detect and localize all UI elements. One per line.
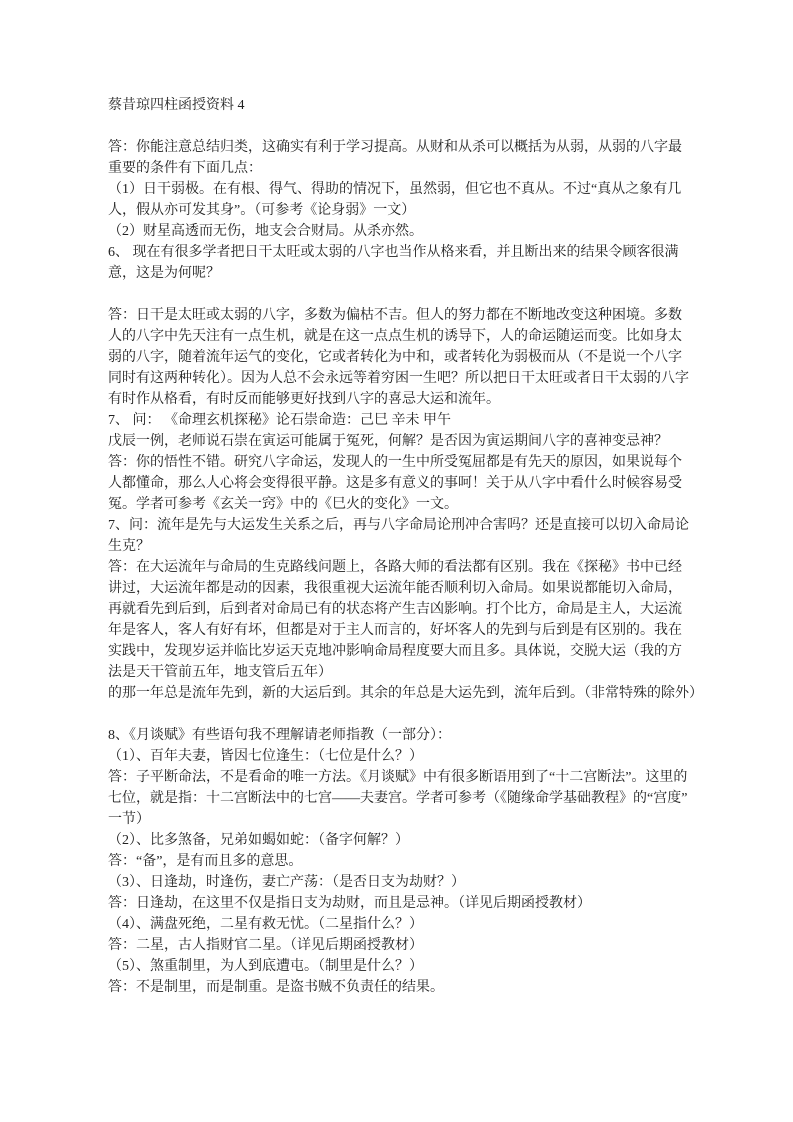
text-line: 实践中，发现岁运并临比岁运天克地冲影响命局程度要大而且多。具体说，交脱大运（我的…	[108, 641, 693, 662]
text-line	[108, 284, 693, 305]
text-line: 法是天干管前五年，地支管后五年）	[108, 662, 693, 683]
text-line: 答：在大运流年与命局的生克路线问题上，各路大师的看法都有区别。我在《探秘》书中已…	[108, 557, 693, 578]
text-line: 7、问：流年是先与大运发生关系之后，再与八字命局论刑冲合害吗？还是直接可以切入命…	[108, 515, 693, 536]
document-page: 蔡昔琼四柱函授资料 4 答：你能注意总结归类，这确实有利于学习提高。从财和从杀可…	[0, 0, 793, 1122]
text-line: 重要的条件有下面几点：	[108, 158, 693, 179]
text-line: 答：你能注意总结归类，这确实有利于学习提高。从财和从杀可以概括为从弱，从弱的八字…	[108, 137, 693, 158]
text-line: 人，假从亦可发其身”。（可参考《论身弱》一文）	[108, 200, 693, 221]
document-title: 蔡昔琼四柱函授资料 4	[108, 95, 693, 116]
text-line: 讲过，大运流年都是动的因素，我很重视大运流年能否顺利切入命局。如果说都能切入命局…	[108, 578, 693, 599]
text-line: 再就看先到后到，后到者对命局已有的状态将产生吉凶影响。打个比方，命局是主人，大运…	[108, 599, 693, 620]
text-line: （4）、满盘死绝，二星有救无忧。（二星指什么？）	[108, 914, 693, 935]
text-line: 答：你的悟性不错。研究八字命运，发现人的一生中所受冤屈都是有先天的原因，如果说每…	[108, 452, 693, 473]
text-line: （1）、百年夫妻，皆因七位逢生：（七位是什么？）	[108, 746, 693, 767]
text-line: （1）日干弱极。在有根、得气、得助的情况下，虽然弱，但它也不真从。不过“真从之象…	[108, 179, 693, 200]
text-line: 人的八字中先天注有一点生机，就是在这一点点生机的诱导下，人的命运随运而变。比如身…	[108, 326, 693, 347]
text-line: 七位，就是指：十二宫断法中的七宫——夫妻宫。学者可参考（《随缘命学基础教程》的“…	[108, 788, 693, 809]
text-line: 人都懂命，那么人心将会变得很平静。这是多有意义的事呵！关于从八字中看什么时候容易…	[108, 473, 693, 494]
text-line: 有时作从格看，有时反而能够更好找到八字的喜忌大运和流年。	[108, 389, 693, 410]
text-line: （5）、煞重制里，为人到底遭屯。（制里是什么？）	[108, 956, 693, 977]
text-line: 生克？	[108, 536, 693, 557]
text-line: 答：“备”，是有而且多的意思。	[108, 851, 693, 872]
text-line: 答：子平断命法，不是看命的唯一方法。《月谈赋》中有很多断语用到了“十二宫断法”。…	[108, 767, 693, 788]
text-line: 同时有这两种转化）。因为人总不会永远等着穷困一生吧？所以把日干太旺或者日干太弱的…	[108, 368, 693, 389]
text-line: （2）财星高透而无伤，地支会合财局。从杀亦然。	[108, 221, 693, 242]
text-line: 6、 现在有很多学者把日干太旺或太弱的八字也当作从格来看，并且断出来的结果令顾客…	[108, 242, 693, 263]
document-content: 蔡昔琼四柱函授资料 4 答：你能注意总结归类，这确实有利于学习提高。从财和从杀可…	[108, 95, 693, 998]
text-line	[108, 704, 693, 725]
text-line: 年是客人，客人有好有坏，但都是对于主人而言的，好坏客人的先到与后到是有区别的。我…	[108, 620, 693, 641]
text-line: 一节）	[108, 809, 693, 830]
text-line: 8、《月谈赋》有些语句我不理解请老师指教（一部分）：	[108, 725, 693, 746]
text-line: 弱的八字，随着流年运气的变化，它或者转化为中和，或者转化为弱极而从（不是说一个八…	[108, 347, 693, 368]
text-line: （2）、比多煞备，兄弟如蝎如蛇：（备字何解？）	[108, 830, 693, 851]
text-line: 答：日逢劫，在这里不仅是指日支为劫财，而且是忌神。（详见后期函授教材）	[108, 893, 693, 914]
text-line: 7、 问： 《命理玄机探秘》论石崇命造：己巳 辛未 甲午	[108, 410, 693, 431]
document-body: 答：你能注意总结归类，这确实有利于学习提高。从财和从杀可以概括为从弱，从弱的八字…	[108, 137, 693, 998]
text-line: 答：日干是太旺或太弱的八字，多数为偏枯不吉。但人的努力都在不断地改变这种困境。多…	[108, 305, 693, 326]
text-line: （3）、日逢劫，时逢伤，妻亡产荡：（是否日支为劫财？）	[108, 872, 693, 893]
text-line: 冤。学者可参考《玄关一窍》中的《巳火的变化》一文。	[108, 494, 693, 515]
text-line: 意，这是为何呢？	[108, 263, 693, 284]
text-line: 的那一年总是流年先到，新的大运后到。其余的年总是大运先到，流年后到。（非常特殊的…	[108, 683, 693, 704]
text-line: 答：不是制里，而是制重。是盗书贼不负责任的结果。	[108, 977, 693, 998]
text-line: 答：二星，古人指财官二星。（详见后期函授教材）	[108, 935, 693, 956]
text-line: 戊辰一例，老师说石崇在寅运可能属于冤死，何解？是否因为寅运期间八字的喜神变忌神？	[108, 431, 693, 452]
